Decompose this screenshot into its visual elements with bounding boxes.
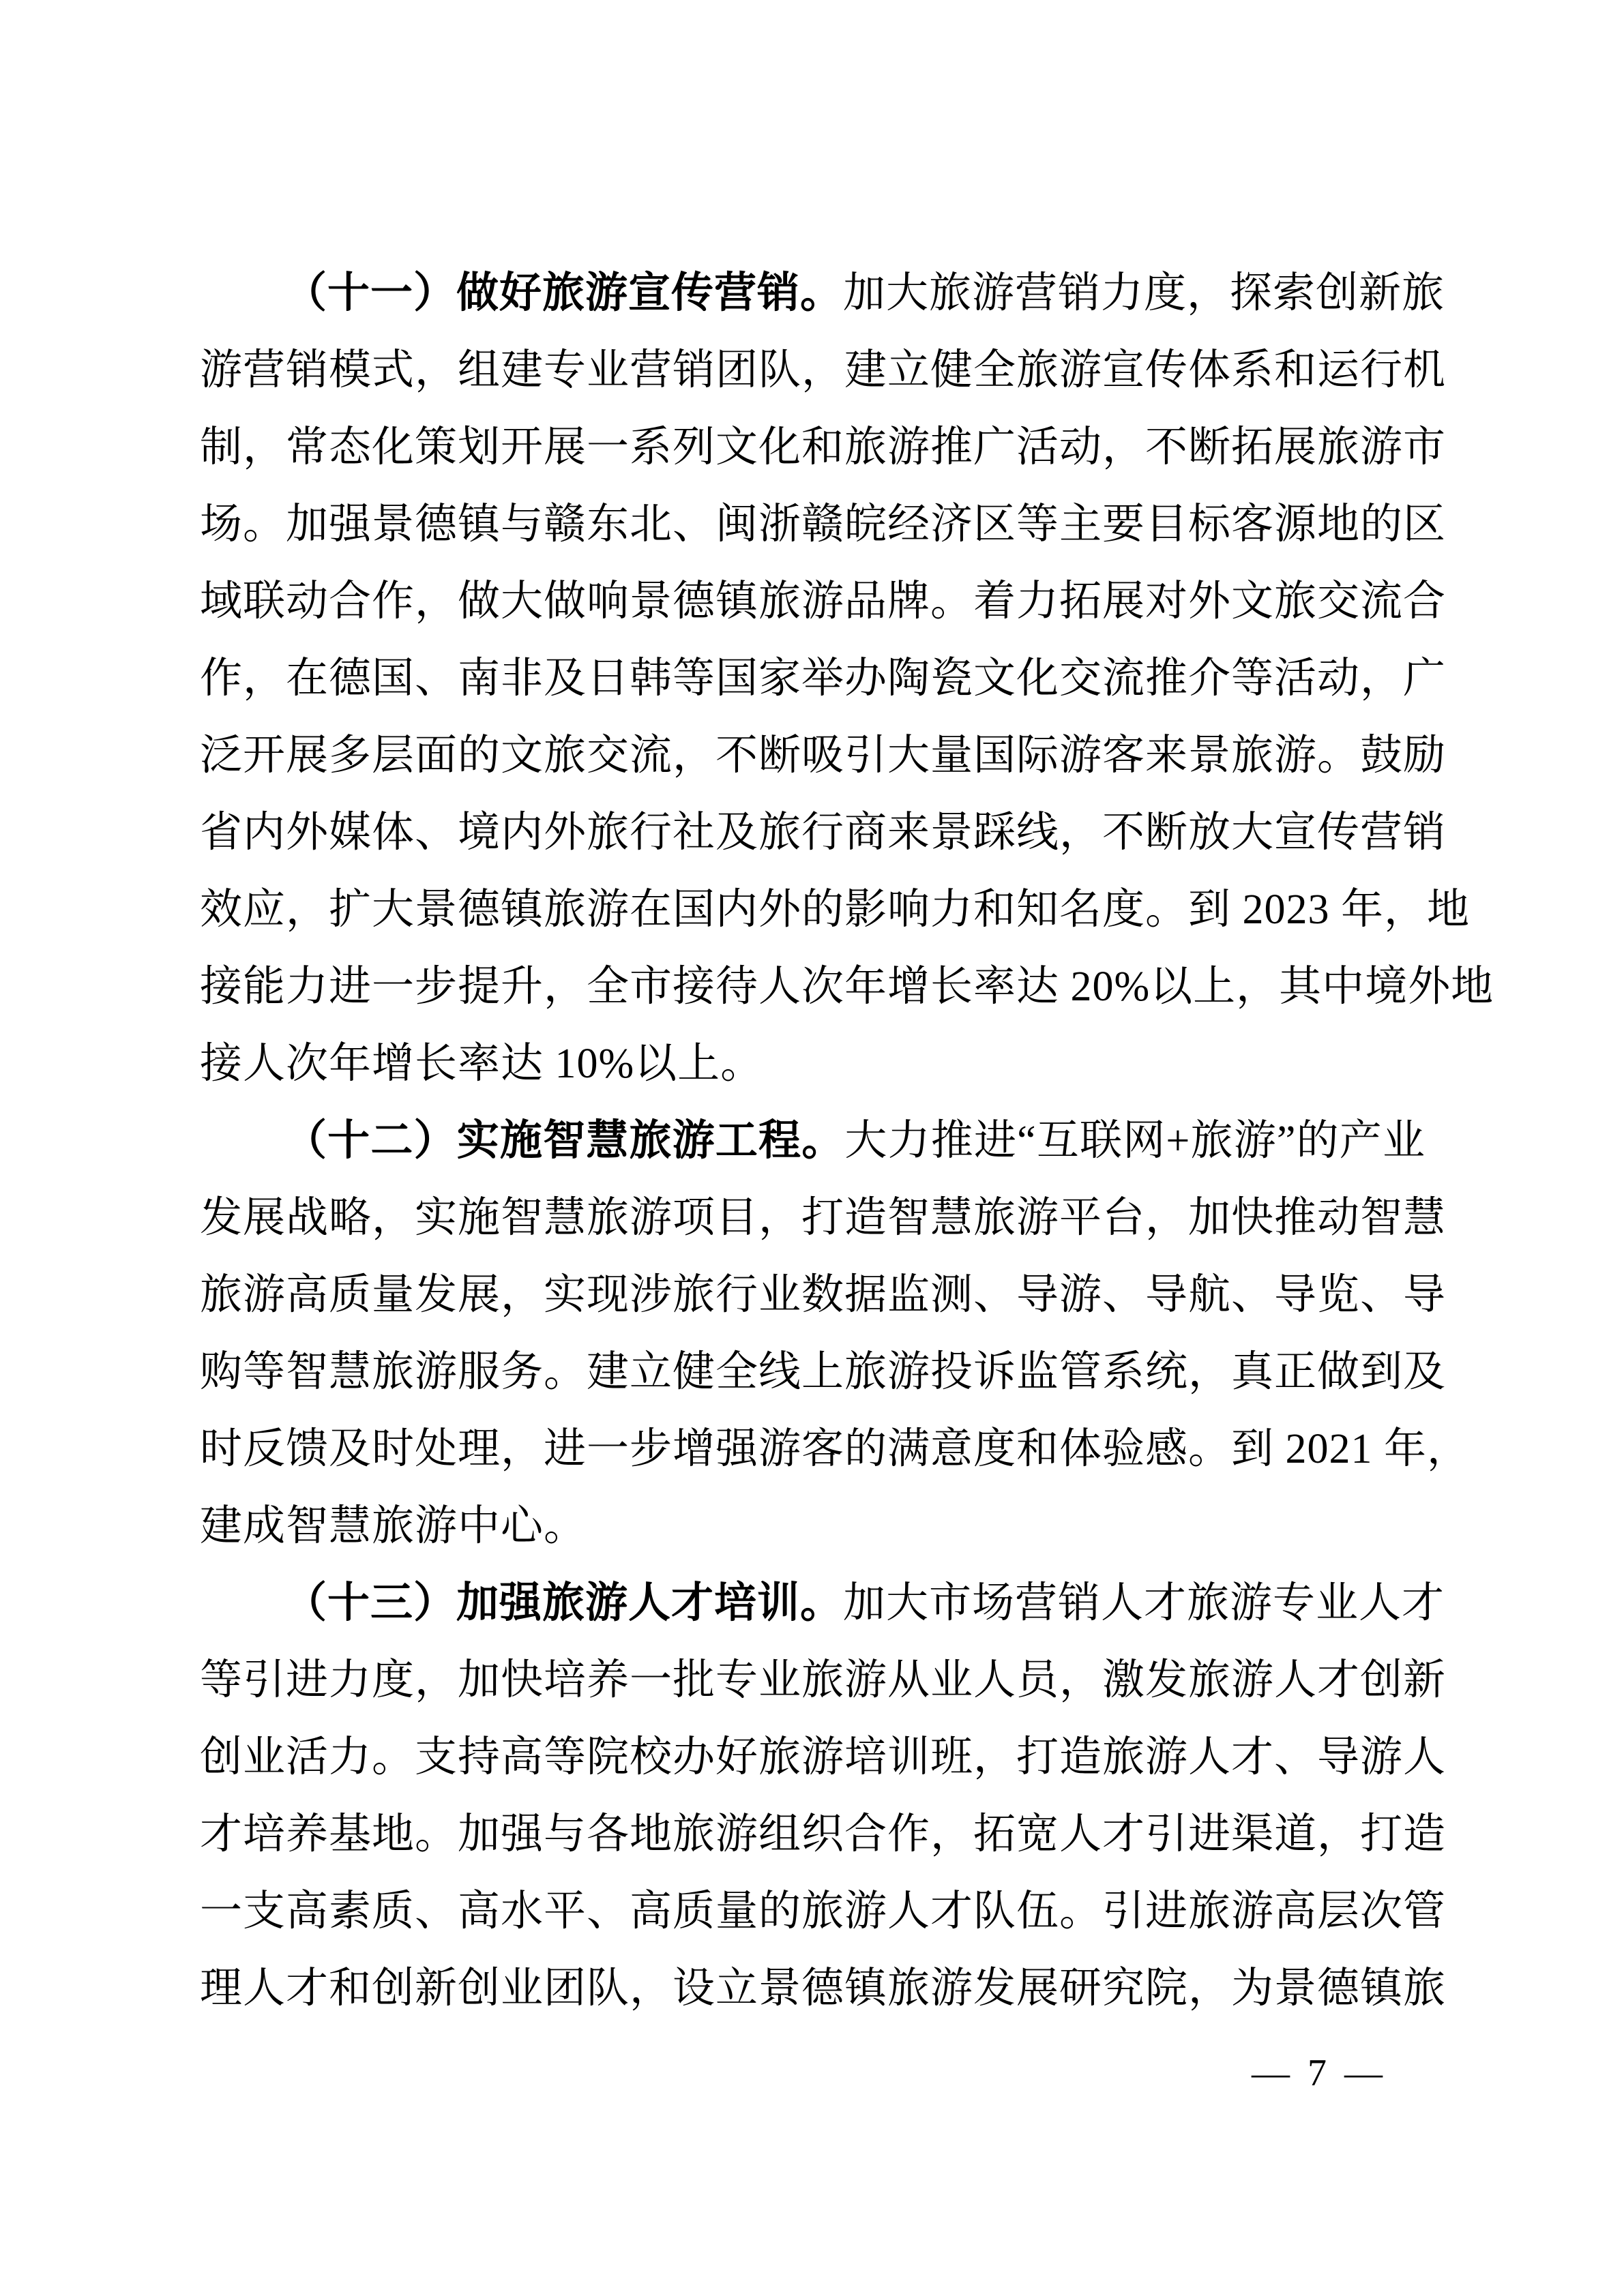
- line-text: 发展战略，实施智慧旅游项目，打造智慧旅游平台，加快推动智慧: [200, 1195, 1446, 1241]
- text-line: （十一）做好旅游宣传营销。加大旅游营销力度，探索创新旅: [200, 255, 1426, 332]
- text-line: 作，在德国、南非及日韩等国家举办陶瓷文化交流推介等活动，广: [200, 640, 1426, 717]
- document-page: （十一）做好旅游宣传营销。加大旅游营销力度，探索创新旅 游营销模式，组建专业营销…: [0, 0, 1624, 2296]
- text-line: 建成智慧旅游中心。: [200, 1488, 1426, 1565]
- line-text: 游营销模式，组建专业营销团队，建立健全旅游宣传体系和运行机: [200, 347, 1446, 393]
- line-text: 才培养基地。加强与各地旅游组织合作，拓宽人才引进渠道，打造: [200, 1811, 1446, 1858]
- line-text: 泛开展多层面的文旅交流，不断吸引大量国际游客来景旅游。鼓励: [200, 732, 1446, 779]
- line-text: 一支高素质、高水平、高质量的旅游人才队伍。引进旅游高层次管: [200, 1888, 1446, 1935]
- line-text: 制，常态化策划开展一系列文化和旅游推广活动，不断拓展旅游市: [200, 424, 1446, 471]
- line-text: 省内外媒体、境内外旅行社及旅行商来景踩线，不断放大宣传营销: [200, 809, 1446, 856]
- line-text: 效应，扩大景德镇旅游在国内外的影响力和知名度。到 2023 年，地: [200, 886, 1470, 933]
- text-line: 一支高素质、高水平、高质量的旅游人才队伍。引进旅游高层次管: [200, 1873, 1426, 1950]
- line-text: 加大旅游营销力度，探索创新旅: [843, 270, 1445, 316]
- text-line: 泛开展多层面的文旅交流，不断吸引大量国际游客来景旅游。鼓励: [200, 717, 1426, 794]
- line-text: 旅游高质量发展，实现涉旅行业数据监测、导游、导航、导览、导: [200, 1272, 1446, 1318]
- line-text: 作，在德国、南非及日韩等国家举办陶瓷文化交流推介等活动，广: [200, 655, 1446, 702]
- text-line: （十三）加强旅游人才培训。加大市场营销人才旅游专业人才: [200, 1565, 1426, 1642]
- line-text: 场。加强景德镇与赣东北、闽浙赣皖经济区等主要目标客源地的区: [200, 501, 1446, 548]
- text-line: 接能力进一步提升，全市接待人次年增长率达 20%以上，其中境外地: [200, 949, 1426, 1026]
- line-text: 加大市场营销人才旅游专业人才: [843, 1580, 1445, 1626]
- text-line: 等引进力度，加快培养一批专业旅游从业人员，激发旅游人才创新: [200, 1642, 1426, 1719]
- text-line: 理人才和创新创业团队，设立景德镇旅游发展研究院，为景德镇旅: [200, 1950, 1426, 2027]
- text-line: 游营销模式，组建专业营销团队，建立健全旅游宣传体系和运行机: [200, 332, 1426, 409]
- line-text: 等引进力度，加快培养一批专业旅游从业人员，激发旅游人才创新: [200, 1657, 1446, 1703]
- line-text: 理人才和创新创业团队，设立景德镇旅游发展研究院，为景德镇旅: [200, 1965, 1446, 2012]
- text-line: 时反馈及时处理，进一步增强游客的满意度和体验感。到 2021 年，: [200, 1411, 1426, 1488]
- text-line: 接人次年增长率达 10%以上。: [200, 1026, 1426, 1103]
- paragraph-heading: （十三）加强旅游人才培训。: [284, 1580, 843, 1626]
- line-text: 接能力进一步提升，全市接待人次年增长率达 20%以上，其中境外地: [200, 964, 1494, 1010]
- document-body: （十一）做好旅游宣传营销。加大旅游营销力度，探索创新旅 游营销模式，组建专业营销…: [200, 255, 1426, 2027]
- text-line: 创业活力。支持高等院校办好旅游培训班，打造旅游人才、导游人: [200, 1719, 1426, 1796]
- line-text: 购等智慧旅游服务。建立健全线上旅游投诉监管系统，真正做到及: [200, 1349, 1446, 1395]
- text-line: 发展战略，实施智慧旅游项目，打造智慧旅游平台，加快推动智慧: [200, 1180, 1426, 1257]
- text-line: 效应，扩大景德镇旅游在国内外的影响力和知名度。到 2023 年，地: [200, 871, 1426, 949]
- paragraph-heading: （十二）实施智慧旅游工程。: [284, 1118, 844, 1164]
- line-text: 接人次年增长率达 10%以上。: [200, 1041, 763, 1087]
- text-line: 旅游高质量发展，实现涉旅行业数据监测、导游、导航、导览、导: [200, 1257, 1426, 1334]
- text-line: （十二）实施智慧旅游工程。大力推进“互联网+旅游”的产业: [200, 1103, 1426, 1180]
- text-line: 才培养基地。加强与各地旅游组织合作，拓宽人才引进渠道，打造: [200, 1796, 1426, 1873]
- line-text: 域联动合作，做大做响景德镇旅游品牌。着力拓展对外文旅交流合: [200, 578, 1446, 625]
- text-line: 省内外媒体、境内外旅行社及旅行商来景踩线，不断放大宣传营销: [200, 794, 1426, 871]
- line-text: 创业活力。支持高等院校办好旅游培训班，打造旅游人才、导游人: [200, 1734, 1446, 1780]
- line-text: 大力推进“互联网+旅游”的产业: [844, 1118, 1426, 1164]
- text-line: 场。加强景德镇与赣东北、闽浙赣皖经济区等主要目标客源地的区: [200, 486, 1426, 563]
- page-number: — 7 —: [1252, 2046, 1387, 2100]
- text-line: 购等智慧旅游服务。建立健全线上旅游投诉监管系统，真正做到及: [200, 1334, 1426, 1411]
- text-line: 域联动合作，做大做响景德镇旅游品牌。着力拓展对外文旅交流合: [200, 563, 1426, 640]
- line-text: 时反馈及时处理，进一步增强游客的满意度和体验感。到 2021 年，: [200, 1426, 1470, 1472]
- paragraph-heading: （十一）做好旅游宣传营销。: [284, 270, 843, 316]
- text-line: 制，常态化策划开展一系列文化和旅游推广活动，不断拓展旅游市: [200, 409, 1426, 486]
- line-text: 建成智慧旅游中心。: [200, 1503, 587, 1549]
